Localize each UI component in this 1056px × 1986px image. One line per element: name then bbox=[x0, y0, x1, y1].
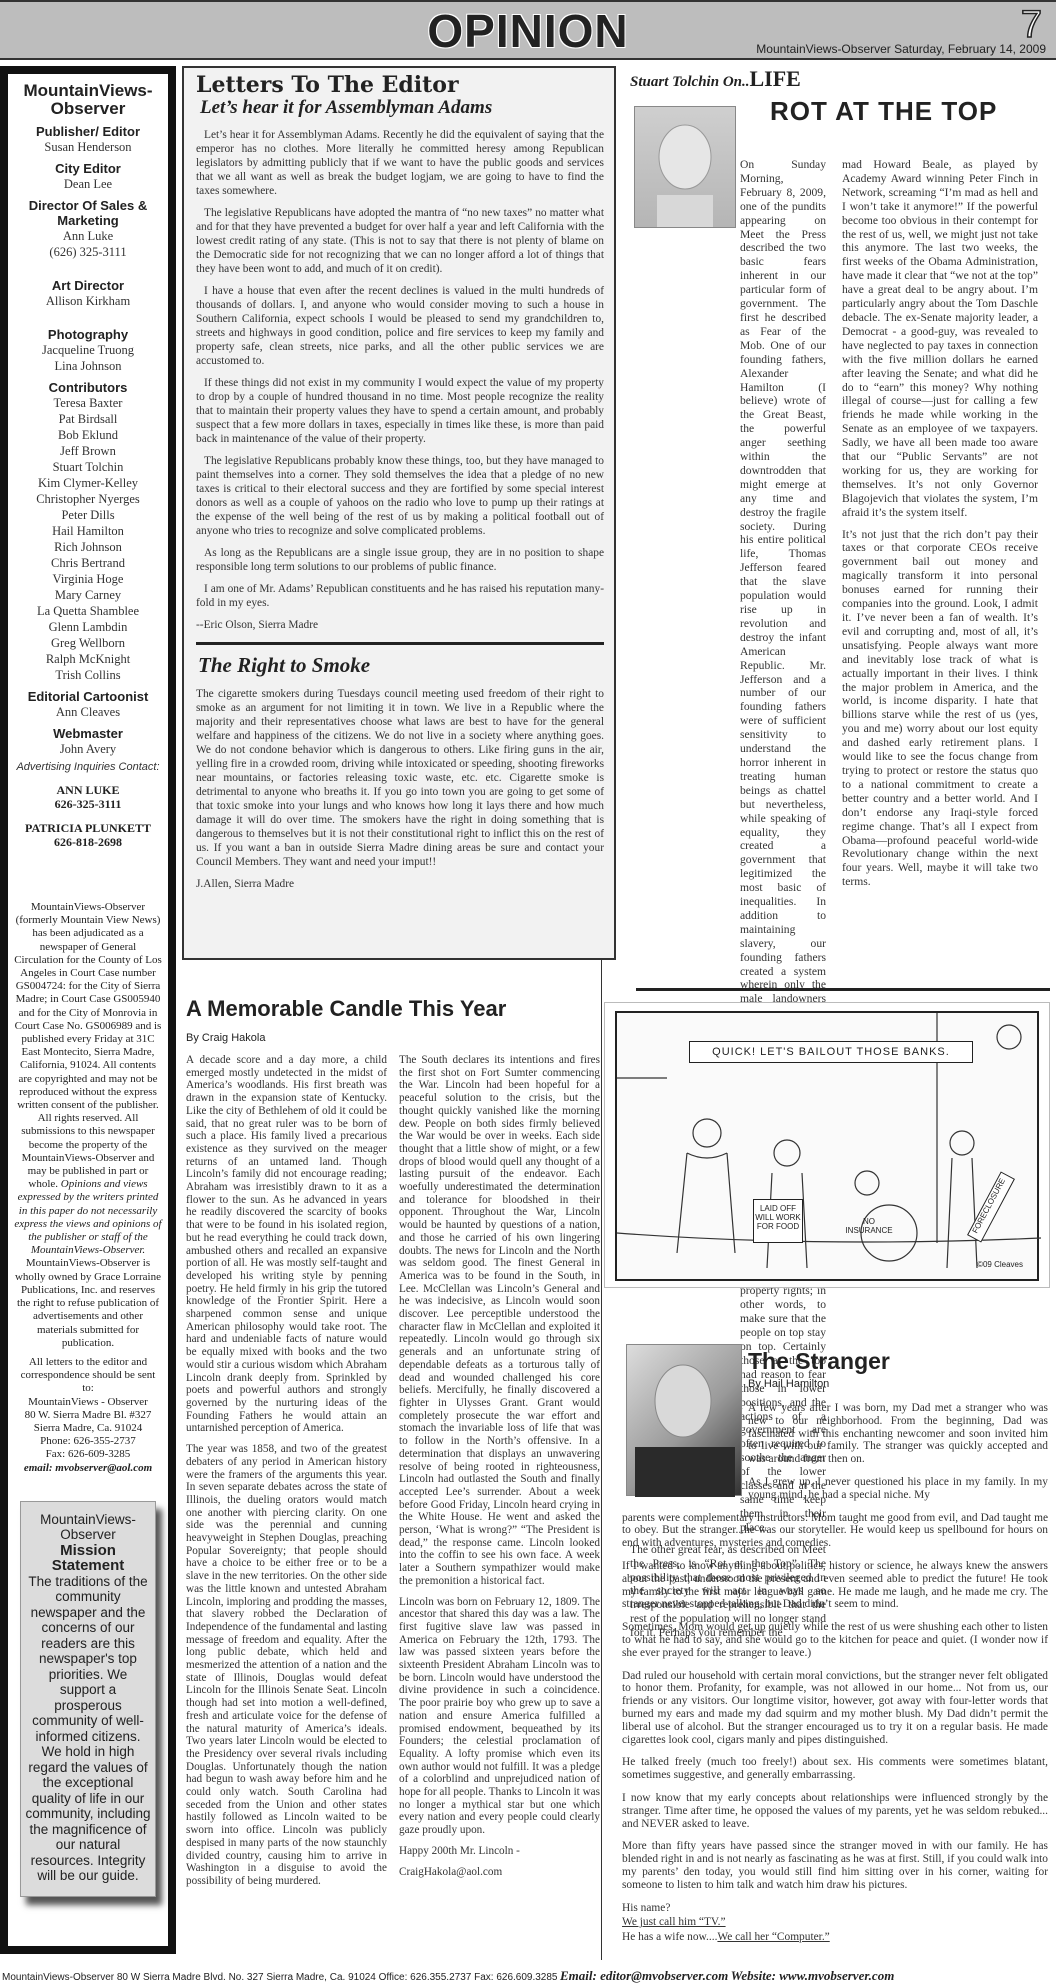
staff-name: Greg Wellborn bbox=[12, 635, 164, 651]
staff-role: Contributors bbox=[12, 380, 164, 395]
paragraph: The legislative Republicans have adopted… bbox=[196, 206, 604, 276]
paragraph: The South declares its intentions and fi… bbox=[399, 1054, 600, 1588]
author-email[interactable]: CraigHakola@aol.com bbox=[399, 1866, 600, 1879]
paragraph: The cigarette smokers during Tuesdays co… bbox=[196, 687, 604, 869]
column-divider bbox=[601, 960, 602, 1960]
cartoon-sign: LAID OFF WILL WORK FOR FOOD bbox=[753, 1199, 803, 1243]
staff-name: La Quetta Shamblee bbox=[12, 603, 164, 619]
byline: By Craig Hakola bbox=[186, 1032, 600, 1044]
paragraph: I am one of Mr. Adams’ Republican consti… bbox=[196, 582, 604, 610]
paragraph: More than fifty years have passed since … bbox=[622, 1840, 1048, 1891]
cartoon-sign: NO INSURANCE bbox=[843, 1217, 895, 1233]
paragraph: On Sunday Morning, February 8, 2009, one… bbox=[740, 158, 826, 1535]
staff-role: Director Of Sales & Marketing bbox=[12, 198, 164, 228]
masthead: OPINION 7 MountainViews-Observer Saturda… bbox=[0, 0, 1056, 60]
legal-notice: MountainViews-Observer (formerly Mountai… bbox=[12, 901, 164, 1475]
ad-inquiries-label: Advertising Inquiries Contact: bbox=[12, 761, 164, 773]
staff-name: Virginia Hoge bbox=[12, 571, 164, 587]
column-kicker: Stuart Tolchin On..LIFE bbox=[630, 66, 1050, 92]
article-column: A decade score and a day more, a child e… bbox=[186, 1054, 387, 1896]
article-column: The South declares its intentions and fi… bbox=[399, 1054, 600, 1896]
article-title: A Memorable Candle This Year bbox=[186, 996, 600, 1022]
paragraph: Dad ruled our household with certain mor… bbox=[622, 1670, 1048, 1747]
divider bbox=[196, 642, 604, 645]
staff-name: Glenn Lambdin bbox=[12, 619, 164, 635]
letter-body: The cigarette smokers during Tuesdays co… bbox=[196, 687, 604, 869]
staff-name: Teresa Baxter bbox=[12, 395, 164, 411]
sidebar-email[interactable]: email: mvobserver@aol.com bbox=[14, 1462, 162, 1475]
staff-name: Mary Carney bbox=[12, 587, 164, 603]
staff-box: MountainViews-Observer Publisher/ Editor… bbox=[8, 74, 168, 1946]
staff-role: Art Director bbox=[12, 278, 164, 293]
letter-title: The Right to Smoke bbox=[198, 651, 604, 679]
editorial-cartoon: QUICK! LET'S BAILOUT THOSE BANKS. LAID O… bbox=[604, 1002, 1050, 1288]
staff-role: Webmaster bbox=[12, 726, 164, 741]
staff-name: John Avery bbox=[12, 741, 164, 757]
letter-signature: J.Allen, Sierra Madre bbox=[196, 877, 604, 891]
paragraph: If I wanted to know anything about polit… bbox=[622, 1560, 1048, 1611]
paragraph: The year was 1858, and two of the greate… bbox=[186, 1443, 387, 1888]
staff-role: Publisher/ Editor bbox=[12, 124, 164, 139]
article-column: mad Howard Beale, as played by Academy A… bbox=[842, 158, 1038, 897]
footer-address: MountainViews-Observer 80 W Sierra Madre… bbox=[2, 1972, 558, 1983]
byline: By Hail Hamilton bbox=[748, 1378, 829, 1390]
speech-bubble: QUICK! LET'S BAILOUT THOSE BANKS. bbox=[689, 1041, 973, 1063]
page-footer: MountainViews-Observer 80 W Sierra Madre… bbox=[0, 1966, 1056, 1986]
staff-name: Jacqueline Truong bbox=[12, 342, 164, 358]
staff-name: Jeff Brown bbox=[12, 443, 164, 459]
staff-role: Editorial Cartoonist bbox=[12, 689, 164, 704]
staff-name: Stuart Tolchin bbox=[12, 459, 164, 475]
staff-name: Susan Henderson bbox=[12, 139, 164, 155]
correspondence-address: All letters to the editor and correspond… bbox=[14, 1356, 162, 1462]
letter-title: Let’s hear it for Assemblyman Adams bbox=[200, 96, 604, 120]
staff-name: Chris Bertrand bbox=[12, 555, 164, 571]
paragraph: parents were complementary instructors: … bbox=[622, 1512, 1048, 1550]
contact-ann-luke: ANN LUKE626-325-3111 bbox=[12, 783, 164, 811]
paragraph: If these things did not exist in my comm… bbox=[196, 376, 604, 446]
staff-list: Publisher/ EditorSusan HendersonCity Edi… bbox=[12, 124, 164, 757]
staff-role: City Editor bbox=[12, 161, 164, 176]
divider bbox=[636, 988, 1050, 991]
staff-name: Christopher Nyerges bbox=[12, 491, 164, 507]
article-title: ROT AT THE TOP bbox=[770, 96, 997, 127]
mission-statement: MountainViews-Observer Mission Statement… bbox=[20, 1501, 156, 1897]
staff-name: Hail Hamilton bbox=[12, 523, 164, 539]
staff-role: Photography bbox=[12, 327, 164, 342]
cartoonist-signature: ©09 Cleaves bbox=[977, 1260, 1023, 1269]
paragraph: As I grew up, I never questioned his pla… bbox=[748, 1476, 1048, 1502]
paragraph: As long as the Republicans are a single … bbox=[196, 546, 604, 574]
life-column: Stuart Tolchin On..LIFE ROT AT THE TOP O… bbox=[630, 66, 1050, 92]
footer-email[interactable]: Email: editor@mvobserver.com bbox=[560, 1968, 728, 1983]
footer-website[interactable]: Website: www.mvobserver.com bbox=[731, 1968, 895, 1983]
staff-name: Lina Johnson bbox=[12, 358, 164, 374]
staff-name: Pat Birdsall bbox=[12, 411, 164, 427]
paragraph: Sometimes, Mom would get up quietly whil… bbox=[622, 1621, 1048, 1659]
paragraph: A decade score and a day more, a child e… bbox=[186, 1054, 387, 1435]
letter-body: Let’s hear it for Assemblyman Adams. Rec… bbox=[196, 128, 604, 610]
staff-sidebar: MountainViews-Observer Publisher/ Editor… bbox=[0, 66, 176, 1954]
staff-name: Ralph McKnight bbox=[12, 651, 164, 667]
dateline: MountainViews-Observer Saturday, Februar… bbox=[756, 42, 1046, 56]
staff-name: Allison Kirkham bbox=[12, 293, 164, 309]
paragraph: A few years after I was born, my Dad met… bbox=[748, 1402, 1048, 1466]
staff-name: (626) 325-3111 bbox=[12, 244, 164, 260]
paragraph: I now know that my early concepts about … bbox=[622, 1792, 1048, 1830]
paragraph: The legislative Republicans probably kno… bbox=[196, 454, 604, 538]
paragraph: He talked freely (much too freely!) abou… bbox=[622, 1756, 1048, 1782]
letter-signature: --Eric Olson, Sierra Madre bbox=[196, 618, 604, 632]
paragraph: I have a house that even after the recen… bbox=[196, 284, 604, 368]
staff-name: Ann Luke bbox=[12, 228, 164, 244]
article-title: The Stranger bbox=[748, 1348, 890, 1375]
staff-name: Dean Lee bbox=[12, 176, 164, 192]
paragraph: mad Howard Beale, as played by Academy A… bbox=[842, 158, 1038, 520]
paragraph: It’s not just that the rich don’t pay th… bbox=[842, 528, 1038, 890]
staff-name: Kim Clymer-Kelley bbox=[12, 475, 164, 491]
staff-name: Ann Cleaves bbox=[12, 704, 164, 720]
sidebar-brand: MountainViews-Observer bbox=[12, 82, 164, 118]
paragraph: Let’s hear it for Assemblyman Adams. Rec… bbox=[196, 128, 604, 198]
candle-article: A Memorable Candle This Year By Craig Ha… bbox=[186, 996, 600, 1896]
paragraph: Lincoln was born on February 12, 1809. T… bbox=[399, 1596, 600, 1837]
staff-name: Trish Collins bbox=[12, 667, 164, 683]
article-body: A few years after I was born, my Dad met… bbox=[622, 1402, 1048, 1954]
letters-heading: Letters To The Editor bbox=[196, 74, 604, 96]
staff-name: Rich Johnson bbox=[12, 539, 164, 555]
letters-to-editor: Letters To The Editor Let’s hear it for … bbox=[182, 66, 616, 960]
staff-name: Peter Dills bbox=[12, 507, 164, 523]
contact-patricia-plunkett: PATRICIA PLUNKETT626-818-2698 bbox=[12, 821, 164, 849]
staff-name: Bob Eklund bbox=[12, 427, 164, 443]
page-number: 7 bbox=[1021, 4, 1042, 47]
